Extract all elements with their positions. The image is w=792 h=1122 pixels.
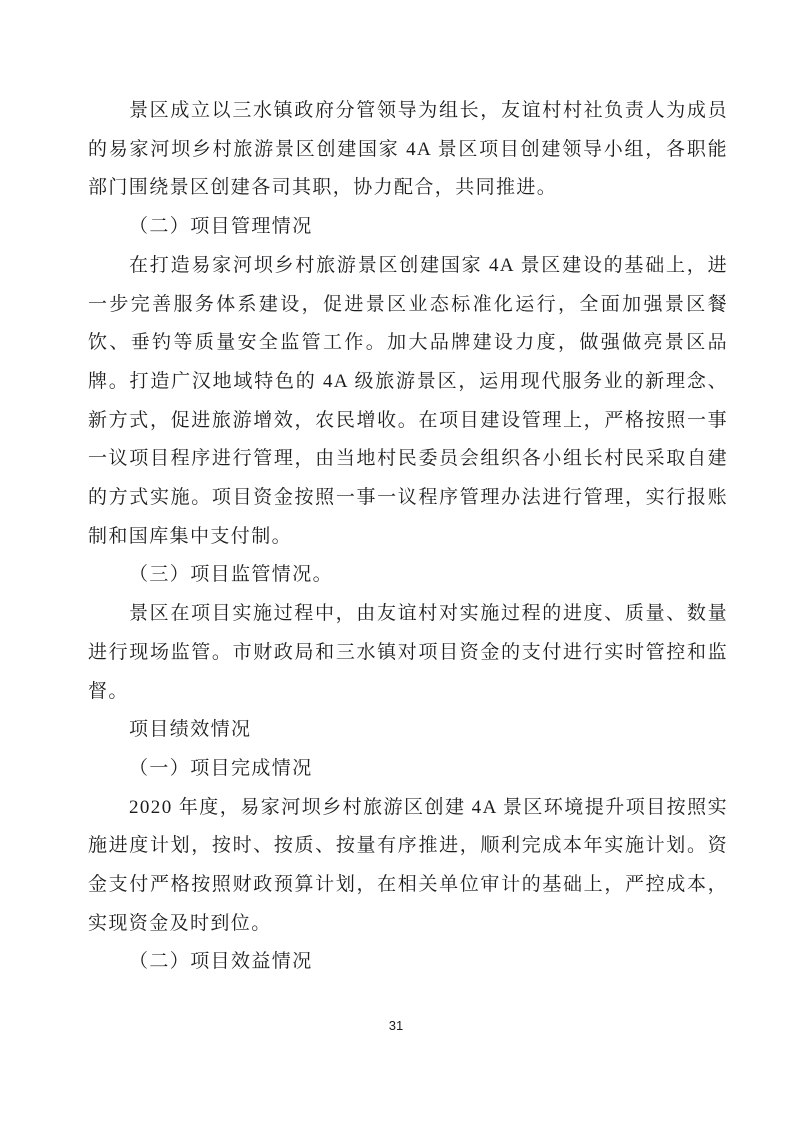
paragraph-leading-group-intro: 景区成立以三水镇政府分管领导为组长，友谊村村社负责人为成员的易家河坝乡村旅游景区… <box>88 92 728 208</box>
document-page: 景区成立以三水镇政府分管领导为组长，友谊村村社负责人为成员的易家河坝乡村旅游景区… <box>0 0 792 1122</box>
heading-project-management: （二）项目管理情况 <box>88 208 728 247</box>
paragraph-project-supervision-detail: 景区在项目实施过程中，由友谊村对实施过程的进度、质量、数量进行现场监管。市财政局… <box>88 595 728 711</box>
document-body: 景区成立以三水镇政府分管领导为组长，友谊村村社负责人为成员的易家河坝乡村旅游景区… <box>88 92 728 982</box>
heading-project-completion: （一）项目完成情况 <box>88 750 728 789</box>
paragraph-project-completion-detail: 2020 年度，易家河坝乡村旅游区创建 4A 景区环境提升项目按照实施进度计划，… <box>88 789 728 944</box>
heading-project-benefit: （二）项目效益情况 <box>88 943 728 982</box>
heading-project-performance: 项目绩效情况 <box>88 711 728 750</box>
heading-project-supervision: （三）项目监管情况。 <box>88 556 728 595</box>
page-number: 31 <box>0 1018 792 1033</box>
paragraph-project-management-detail: 在打造易家河坝乡村旅游景区创建国家 4A 景区建设的基础上，进一步完善服务体系建… <box>88 247 728 557</box>
